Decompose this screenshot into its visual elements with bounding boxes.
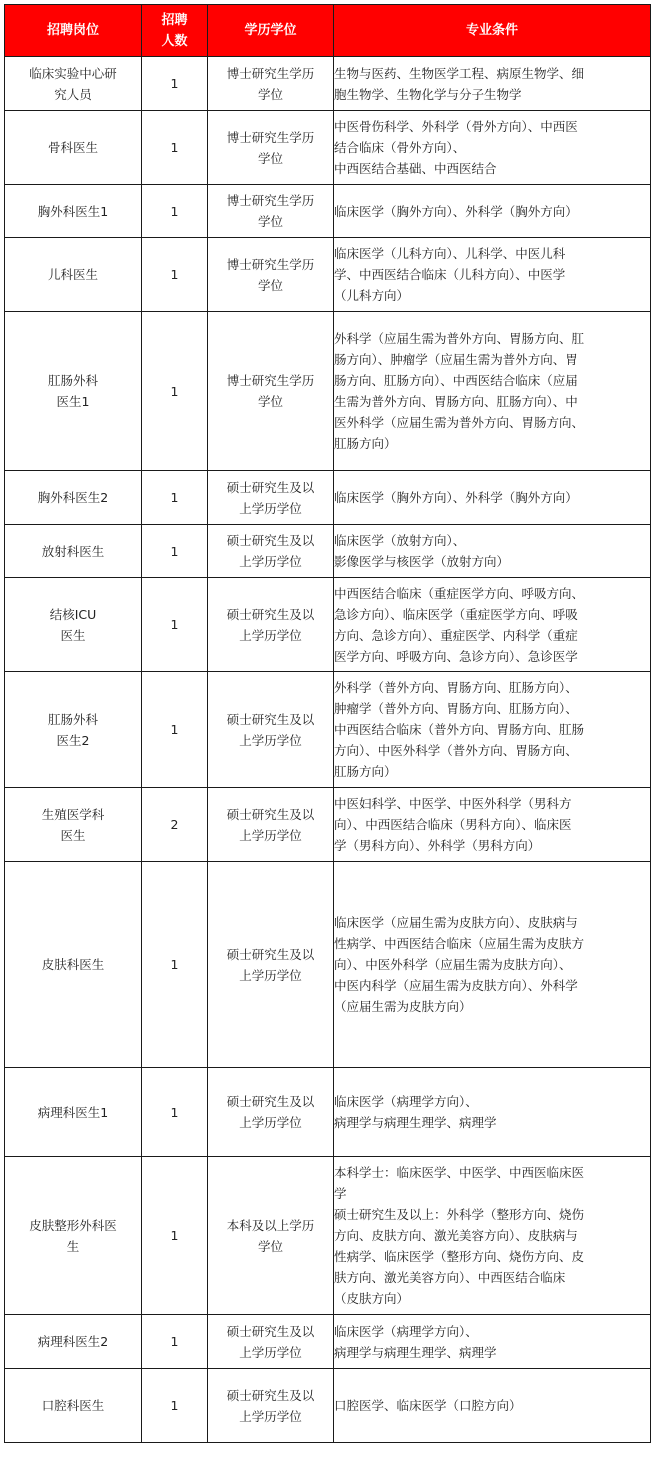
table-row: 病理科医生21硕士研究生及以上学历学位临床医学（病理学方向）、病理学与病理生理学… bbox=[5, 1315, 651, 1369]
table-row: 胸外科医生21硕士研究生及以上学历学位临床医学（胸外方向）、外科学（胸外方向） bbox=[5, 471, 651, 525]
education-cell-line: 硕士研究生及以 bbox=[208, 944, 333, 965]
count-cell: 1 bbox=[142, 1315, 208, 1369]
major-cell-line: 中西医结合基础、中西医结合 bbox=[334, 158, 650, 179]
position-cell-line: 胸外科医生1 bbox=[5, 201, 141, 222]
education-cell-line: 硕士研究生及以 bbox=[208, 1091, 333, 1112]
major-cell-line: 方向）、中医外科学（普外方向、胃肠方向、 bbox=[334, 740, 650, 761]
major-cell-line: 中西医结合临床（重症医学方向、呼吸方向、 bbox=[334, 583, 650, 604]
position-cell-line: 口腔科医生 bbox=[5, 1395, 141, 1416]
count-cell-value: 1 bbox=[171, 544, 179, 559]
education-cell-line: 博士研究生学历 bbox=[208, 127, 333, 148]
education-cell: 博士研究生学历学位 bbox=[208, 185, 334, 238]
table-row: 肛肠外科医生21硕士研究生及以上学历学位外科学（普外方向、胃肠方向、肛肠方向）、… bbox=[5, 672, 651, 788]
position-cell-line: 医生 bbox=[5, 825, 141, 846]
table-row: 皮肤科医生1硕士研究生及以上学历学位临床医学（应届生需为皮肤方向）、皮肤病与性病… bbox=[5, 862, 651, 1068]
count-cell: 1 bbox=[142, 57, 208, 111]
major-cell-line: 方向、皮肤方向、激光美容方向）、皮肤病与 bbox=[334, 1225, 650, 1246]
header-education-label: 学历学位 bbox=[244, 23, 296, 38]
position-cell-line: 生殖医学科 bbox=[5, 804, 141, 825]
education-cell: 博士研究生学历学位 bbox=[208, 312, 334, 471]
count-cell: 1 bbox=[142, 525, 208, 578]
major-cell-line: （儿科方向） bbox=[334, 285, 650, 306]
position-cell: 口腔科医生 bbox=[5, 1369, 142, 1443]
major-cell-line: 生物与医药、生物医学工程、病原生物学、细 bbox=[334, 63, 650, 84]
position-cell: 结核ICU医生 bbox=[5, 578, 142, 672]
major-cell-line: 性病学、临床医学（整形方向、烧伤方向、皮 bbox=[334, 1246, 650, 1267]
education-cell: 博士研究生学历学位 bbox=[208, 57, 334, 111]
position-cell-line: 究人员 bbox=[5, 84, 141, 105]
education-cell: 博士研究生学历学位 bbox=[208, 238, 334, 312]
major-cell-line: 影像医学与核医学（放射方向） bbox=[334, 551, 650, 572]
count-cell: 1 bbox=[142, 312, 208, 471]
position-cell-line: 儿科医生 bbox=[5, 264, 141, 285]
position-cell-line: 结核ICU bbox=[5, 604, 141, 625]
major-cell-line: 临床医学（病理学方向）、 bbox=[334, 1091, 650, 1112]
position-cell: 胸外科医生2 bbox=[5, 471, 142, 525]
major-cell: 中医骨伤科学、外科学（骨外方向）、中西医结合临床（骨外方向）、中西医结合基础、中… bbox=[334, 111, 651, 185]
education-cell-line: 硕士研究生及以 bbox=[208, 604, 333, 625]
count-cell-value: 1 bbox=[171, 490, 179, 505]
count-cell-value: 1 bbox=[171, 140, 179, 155]
major-cell-line: 中医内科学（应届生需为皮肤方向）、外科学 bbox=[334, 975, 650, 996]
major-cell-line: 本科学士：临床医学、中医学、中西医临床医 bbox=[334, 1162, 650, 1183]
count-cell-value: 1 bbox=[171, 1105, 179, 1120]
education-cell-line: 上学历学位 bbox=[208, 625, 333, 646]
major-cell-line: 临床医学（放射方向）、 bbox=[334, 530, 650, 551]
education-cell: 硕士研究生及以上学历学位 bbox=[208, 471, 334, 525]
education-cell-line: 博士研究生学历 bbox=[208, 63, 333, 84]
count-cell-value: 2 bbox=[171, 817, 179, 832]
header-major: 专业条件 bbox=[334, 5, 651, 57]
major-cell: 外科学（应届生需为普外方向、胃肠方向、肛肠方向）、肿瘤学（应届生需为普外方向、胃… bbox=[334, 312, 651, 471]
education-cell-line: 学位 bbox=[208, 1236, 333, 1257]
recruitment-table: 招聘岗位 招聘 人数 学历学位 专业条件 临床实验中心研究人员1博士研究生学历学… bbox=[4, 4, 651, 1443]
major-cell-line: 医外科学（应届生需为普外方向、胃肠方向、 bbox=[334, 412, 650, 433]
table-row: 放射科医生1硕士研究生及以上学历学位临床医学（放射方向）、影像医学与核医学（放射… bbox=[5, 525, 651, 578]
major-cell-line: 临床医学（胸外方向）、外科学（胸外方向） bbox=[334, 487, 650, 508]
header-count-line: 招聘 bbox=[142, 10, 207, 31]
major-cell-line: 急诊方向）、临床医学（重症医学方向、呼吸 bbox=[334, 604, 650, 625]
count-cell: 1 bbox=[142, 238, 208, 312]
header-position: 招聘岗位 bbox=[5, 5, 142, 57]
major-cell-line: 生需为普外方向、胃肠方向、肛肠方向）、中 bbox=[334, 391, 650, 412]
major-cell: 临床医学（病理学方向）、病理学与病理生理学、病理学 bbox=[334, 1068, 651, 1157]
education-cell-line: 上学历学位 bbox=[208, 551, 333, 572]
education-cell: 硕士研究生及以上学历学位 bbox=[208, 1369, 334, 1443]
major-cell: 临床医学（放射方向）、影像医学与核医学（放射方向） bbox=[334, 525, 651, 578]
major-cell: 临床医学（胸外方向）、外科学（胸外方向） bbox=[334, 185, 651, 238]
count-cell: 1 bbox=[142, 672, 208, 788]
major-cell-line: 结合临床（骨外方向）、 bbox=[334, 137, 650, 158]
education-cell-line: 学位 bbox=[208, 211, 333, 232]
education-cell-line: 上学历学位 bbox=[208, 498, 333, 519]
education-cell-line: 博士研究生学历 bbox=[208, 190, 333, 211]
count-cell-value: 1 bbox=[171, 267, 179, 282]
major-cell: 临床医学（儿科方向）、儿科学、中医儿科学、中西医结合临床（儿科方向）、中医学（儿… bbox=[334, 238, 651, 312]
table-body: 临床实验中心研究人员1博士研究生学历学位生物与医药、生物医学工程、病原生物学、细… bbox=[5, 57, 651, 1443]
header-count: 招聘 人数 bbox=[142, 5, 208, 57]
major-cell-line: 肿瘤学（普外方向、胃肠方向、肛肠方向）、 bbox=[334, 698, 650, 719]
education-cell-line: 上学历学位 bbox=[208, 965, 333, 986]
major-cell: 口腔医学、临床医学（口腔方向） bbox=[334, 1369, 651, 1443]
position-cell-line: 生 bbox=[5, 1236, 141, 1257]
major-cell: 本科学士：临床医学、中医学、中西医临床医学硕士研究生及以上：外科学（整形方向、烧… bbox=[334, 1157, 651, 1315]
position-cell-line: 医生2 bbox=[5, 730, 141, 751]
major-cell-line: 方向、急诊方向）、重症医学、内科学（重症 bbox=[334, 625, 650, 646]
count-cell-value: 1 bbox=[171, 1228, 179, 1243]
count-cell: 1 bbox=[142, 185, 208, 238]
count-cell: 1 bbox=[142, 1068, 208, 1157]
education-cell-line: 学位 bbox=[208, 391, 333, 412]
header-major-label: 专业条件 bbox=[466, 23, 518, 38]
count-cell-value: 1 bbox=[171, 384, 179, 399]
major-cell-line: 中医妇科学、中医学、中医外科学（男科方 bbox=[334, 793, 650, 814]
major-cell: 临床医学（应届生需为皮肤方向）、皮肤病与性病学、中西医结合临床（应届生需为皮肤方… bbox=[334, 862, 651, 1068]
major-cell-line: 硕士研究生及以上：外科学（整形方向、烧伤 bbox=[334, 1204, 650, 1225]
count-cell-value: 1 bbox=[171, 617, 179, 632]
position-cell: 胸外科医生1 bbox=[5, 185, 142, 238]
count-cell-value: 1 bbox=[171, 957, 179, 972]
position-cell-line: 骨科医生 bbox=[5, 137, 141, 158]
position-cell: 生殖医学科医生 bbox=[5, 788, 142, 862]
education-cell: 硕士研究生及以上学历学位 bbox=[208, 525, 334, 578]
count-cell: 1 bbox=[142, 578, 208, 672]
position-cell: 皮肤整形外科医生 bbox=[5, 1157, 142, 1315]
major-cell-line: 医学方向、呼吸方向、急诊方向）、急诊医学 bbox=[334, 646, 650, 667]
count-cell: 1 bbox=[142, 1157, 208, 1315]
education-cell-line: 博士研究生学历 bbox=[208, 254, 333, 275]
major-cell-line: 肤方向、激光美容方向）、中西医结合临床 bbox=[334, 1267, 650, 1288]
major-cell-line: 性病学、中西医结合临床（应届生需为皮肤方 bbox=[334, 933, 650, 954]
education-cell-line: 学位 bbox=[208, 275, 333, 296]
education-cell: 硕士研究生及以上学历学位 bbox=[208, 672, 334, 788]
major-cell: 临床医学（胸外方向）、外科学（胸外方向） bbox=[334, 471, 651, 525]
major-cell-line: 肛肠方向） bbox=[334, 433, 650, 454]
major-cell-line: 学（男科方向）、外科学（男科方向） bbox=[334, 835, 650, 856]
education-cell: 硕士研究生及以上学历学位 bbox=[208, 578, 334, 672]
major-cell-line: （应届生需为皮肤方向） bbox=[334, 996, 650, 1017]
position-cell-line: 临床实验中心研 bbox=[5, 63, 141, 84]
education-cell-line: 本科及以上学历 bbox=[208, 1215, 333, 1236]
education-cell-line: 博士研究生学历 bbox=[208, 370, 333, 391]
education-cell: 硕士研究生及以上学历学位 bbox=[208, 1068, 334, 1157]
count-cell: 1 bbox=[142, 862, 208, 1068]
table-row: 肛肠外科医生11博士研究生学历学位外科学（应届生需为普外方向、胃肠方向、肛肠方向… bbox=[5, 312, 651, 471]
position-cell-line: 病理科医生1 bbox=[5, 1102, 141, 1123]
major-cell: 中医妇科学、中医学、中医外科学（男科方向）、中西医结合临床（男科方向）、临床医学… bbox=[334, 788, 651, 862]
major-cell-line: 临床医学（儿科方向）、儿科学、中医儿科 bbox=[334, 243, 650, 264]
major-cell-line: 中医骨伤科学、外科学（骨外方向）、中西医 bbox=[334, 116, 650, 137]
table-header-row: 招聘岗位 招聘 人数 学历学位 专业条件 bbox=[5, 5, 651, 57]
table-row: 儿科医生1博士研究生学历学位临床医学（儿科方向）、儿科学、中医儿科学、中西医结合… bbox=[5, 238, 651, 312]
major-cell-line: 肠方向）、肿瘤学（应届生需为普外方向、胃 bbox=[334, 349, 650, 370]
education-cell-line: 硕士研究生及以 bbox=[208, 804, 333, 825]
major-cell-line: 病理学与病理生理学、病理学 bbox=[334, 1112, 650, 1133]
education-cell-line: 硕士研究生及以 bbox=[208, 1385, 333, 1406]
position-cell: 骨科医生 bbox=[5, 111, 142, 185]
major-cell-line: 向）、中医外科学（应届生需为皮肤方向）、 bbox=[334, 954, 650, 975]
major-cell-line: 中西医结合临床（普外方向、胃肠方向、肛肠 bbox=[334, 719, 650, 740]
table-row: 骨科医生1博士研究生学历学位中医骨伤科学、外科学（骨外方向）、中西医结合临床（骨… bbox=[5, 111, 651, 185]
table-row: 胸外科医生11博士研究生学历学位临床医学（胸外方向）、外科学（胸外方向） bbox=[5, 185, 651, 238]
header-education: 学历学位 bbox=[208, 5, 334, 57]
major-cell-line: 学、中西医结合临床（儿科方向）、中医学 bbox=[334, 264, 650, 285]
position-cell: 病理科医生2 bbox=[5, 1315, 142, 1369]
position-cell-line: 皮肤整形外科医 bbox=[5, 1215, 141, 1236]
major-cell-line: 向）、中西医结合临床（男科方向）、临床医 bbox=[334, 814, 650, 835]
count-cell: 1 bbox=[142, 1369, 208, 1443]
table-row: 口腔科医生1硕士研究生及以上学历学位口腔医学、临床医学（口腔方向） bbox=[5, 1369, 651, 1443]
education-cell-line: 上学历学位 bbox=[208, 825, 333, 846]
major-cell: 临床医学（病理学方向）、病理学与病理生理学、病理学 bbox=[334, 1315, 651, 1369]
major-cell-line: 外科学（普外方向、胃肠方向、肛肠方向）、 bbox=[334, 677, 650, 698]
table-row: 临床实验中心研究人员1博士研究生学历学位生物与医药、生物医学工程、病原生物学、细… bbox=[5, 57, 651, 111]
education-cell-line: 硕士研究生及以 bbox=[208, 477, 333, 498]
major-cell-line: 临床医学（应届生需为皮肤方向）、皮肤病与 bbox=[334, 912, 650, 933]
education-cell: 本科及以上学历学位 bbox=[208, 1157, 334, 1315]
major-cell-line: （皮肤方向） bbox=[334, 1288, 650, 1309]
major-cell: 中西医结合临床（重症医学方向、呼吸方向、急诊方向）、临床医学（重症医学方向、呼吸… bbox=[334, 578, 651, 672]
position-cell: 病理科医生1 bbox=[5, 1068, 142, 1157]
position-cell-line: 病理科医生2 bbox=[5, 1331, 141, 1352]
position-cell: 临床实验中心研究人员 bbox=[5, 57, 142, 111]
major-cell-line: 病理学与病理生理学、病理学 bbox=[334, 1342, 650, 1363]
education-cell: 博士研究生学历学位 bbox=[208, 111, 334, 185]
table-row: 皮肤整形外科医生1本科及以上学历学位本科学士：临床医学、中医学、中西医临床医学硕… bbox=[5, 1157, 651, 1315]
education-cell: 硕士研究生及以上学历学位 bbox=[208, 788, 334, 862]
education-cell-line: 硕士研究生及以 bbox=[208, 709, 333, 730]
education-cell-line: 学位 bbox=[208, 148, 333, 169]
education-cell: 硕士研究生及以上学历学位 bbox=[208, 862, 334, 1068]
count-cell-value: 1 bbox=[171, 1398, 179, 1413]
count-cell: 1 bbox=[142, 111, 208, 185]
education-cell-line: 上学历学位 bbox=[208, 1406, 333, 1427]
major-cell-line: 肠方向、肛肠方向）、中西医结合临床（应届 bbox=[334, 370, 650, 391]
position-cell-line: 肛肠外科 bbox=[5, 370, 141, 391]
position-cell-line: 医生 bbox=[5, 625, 141, 646]
major-cell: 外科学（普外方向、胃肠方向、肛肠方向）、肿瘤学（普外方向、胃肠方向、肛肠方向）、… bbox=[334, 672, 651, 788]
count-cell-value: 1 bbox=[171, 204, 179, 219]
major-cell-line: 临床医学（病理学方向）、 bbox=[334, 1321, 650, 1342]
table-row: 生殖医学科医生2硕士研究生及以上学历学位中医妇科学、中医学、中医外科学（男科方向… bbox=[5, 788, 651, 862]
count-cell-value: 1 bbox=[171, 76, 179, 91]
header-count-line: 人数 bbox=[142, 31, 207, 52]
count-cell-value: 1 bbox=[171, 722, 179, 737]
position-cell-line: 皮肤科医生 bbox=[5, 954, 141, 975]
position-cell: 皮肤科医生 bbox=[5, 862, 142, 1068]
count-cell: 2 bbox=[142, 788, 208, 862]
position-cell: 肛肠外科医生1 bbox=[5, 312, 142, 471]
position-cell: 儿科医生 bbox=[5, 238, 142, 312]
count-cell-value: 1 bbox=[171, 1334, 179, 1349]
education-cell-line: 硕士研究生及以 bbox=[208, 530, 333, 551]
education-cell-line: 上学历学位 bbox=[208, 1112, 333, 1133]
education-cell-line: 学位 bbox=[208, 84, 333, 105]
education-cell-line: 硕士研究生及以 bbox=[208, 1321, 333, 1342]
major-cell-line: 口腔医学、临床医学（口腔方向） bbox=[334, 1395, 650, 1416]
position-cell-line: 放射科医生 bbox=[5, 541, 141, 562]
education-cell-line: 上学历学位 bbox=[208, 1342, 333, 1363]
major-cell: 生物与医药、生物医学工程、病原生物学、细胞生物学、生物化学与分子生物学 bbox=[334, 57, 651, 111]
table-row: 病理科医生11硕士研究生及以上学历学位临床医学（病理学方向）、病理学与病理生理学… bbox=[5, 1068, 651, 1157]
position-cell-line: 胸外科医生2 bbox=[5, 487, 141, 508]
education-cell: 硕士研究生及以上学历学位 bbox=[208, 1315, 334, 1369]
count-cell: 1 bbox=[142, 471, 208, 525]
position-cell-line: 肛肠外科 bbox=[5, 709, 141, 730]
education-cell-line: 上学历学位 bbox=[208, 730, 333, 751]
major-cell-line: 外科学（应届生需为普外方向、胃肠方向、肛 bbox=[334, 328, 650, 349]
major-cell-line: 学 bbox=[334, 1183, 650, 1204]
major-cell-line: 肛肠方向） bbox=[334, 761, 650, 782]
major-cell-line: 临床医学（胸外方向）、外科学（胸外方向） bbox=[334, 201, 650, 222]
position-cell: 肛肠外科医生2 bbox=[5, 672, 142, 788]
position-cell: 放射科医生 bbox=[5, 525, 142, 578]
major-cell-line: 胞生物学、生物化学与分子生物学 bbox=[334, 84, 650, 105]
position-cell-line: 医生1 bbox=[5, 391, 141, 412]
table-row: 结核ICU医生1硕士研究生及以上学历学位中西医结合临床（重症医学方向、呼吸方向、… bbox=[5, 578, 651, 672]
header-position-label: 招聘岗位 bbox=[47, 23, 99, 38]
